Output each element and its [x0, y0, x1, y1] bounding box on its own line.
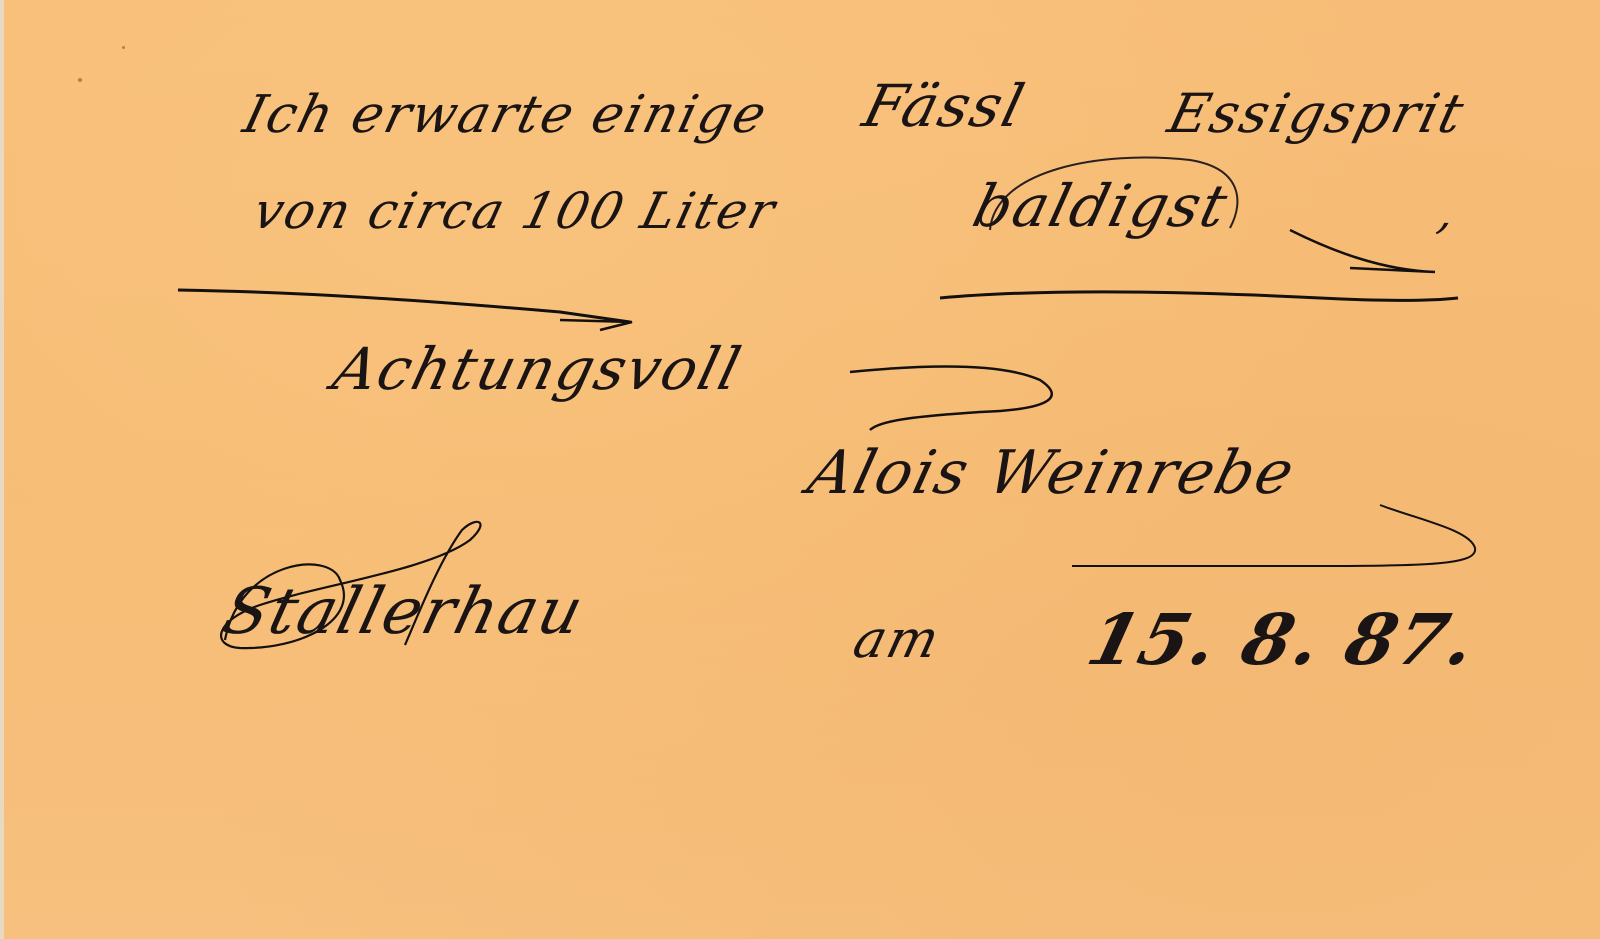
paper-speck [78, 78, 82, 82]
date-text: 15. 8. 87. [1080, 598, 1486, 681]
date-prefix: am [848, 610, 947, 670]
line2-text: von circa 100 Liter [248, 182, 783, 240]
paper-speck [122, 46, 125, 49]
line1-text: Ich erwarte einige [238, 85, 774, 145]
line2-word-baldigst: baldigst [967, 172, 1236, 240]
postcard-paper: Ich erwarte einige Fässl Essigsprit von … [0, 0, 1600, 939]
signature: Alois Weinrebe [801, 438, 1302, 508]
place-name: Stallerhau [216, 575, 592, 649]
line1-word-faessl: Fässl [857, 72, 1033, 140]
line1-word-essigsprit: Essigsprit [1162, 82, 1471, 145]
closing-text: Achtungsvoll [327, 335, 749, 403]
